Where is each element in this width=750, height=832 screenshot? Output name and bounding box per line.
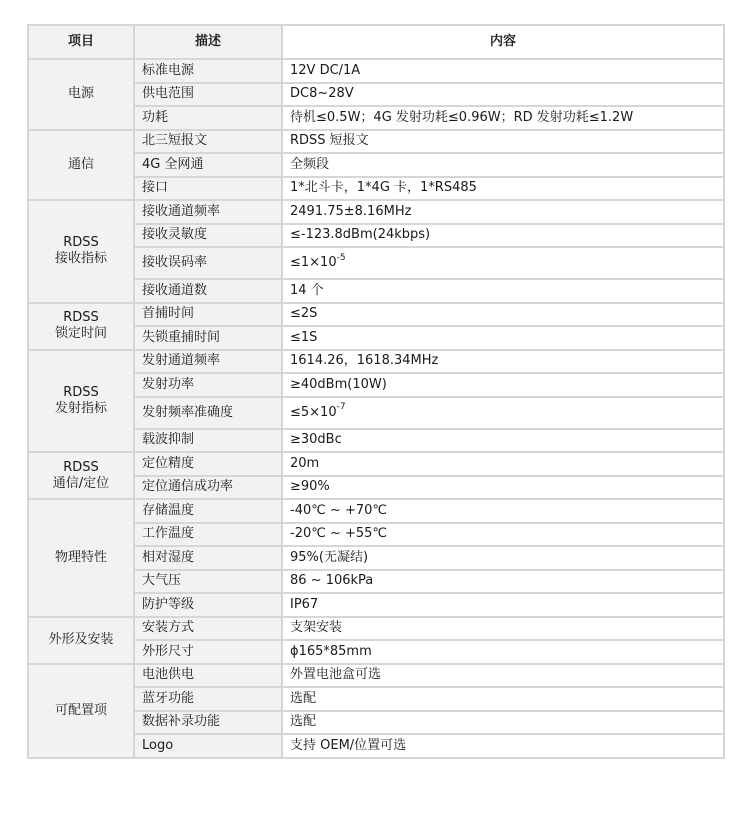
row-value-text: ≥30dBc (290, 432, 342, 447)
table-row: 物理特性存储温度-40℃ ~ +70℃ (28, 499, 724, 523)
row-value-text: DC8~28V (290, 86, 354, 101)
row-value: 待机≤0.5W；4G 发射功耗≤0.96W；RD 发射功耗≤1.2W (282, 106, 724, 130)
row-value-text: 选配 (290, 691, 316, 706)
row-value-text: IP67 (290, 597, 318, 612)
group-label: 物理特性 (28, 499, 134, 617)
table-row: 电源标准电源12V DC/1A (28, 59, 724, 83)
row-value: 外置电池盒可选 (282, 664, 724, 688)
row-value: 1*北斗卡，1*4G 卡，1*RS485 (282, 177, 724, 201)
row-description: 北三短报文 (134, 130, 282, 154)
row-value: IP67 (282, 593, 724, 617)
table-row: RDSS发射指标发射通道频率1614.26，1618.34MHz (28, 350, 724, 374)
row-description: 定位通信成功率 (134, 476, 282, 500)
row-value-text: ≤2S (290, 306, 317, 321)
row-value: 全频段 (282, 153, 724, 177)
row-description: 接收灵敏度 (134, 224, 282, 248)
row-description: 大气压 (134, 570, 282, 594)
row-description: 载波抑制 (134, 429, 282, 453)
row-value-text: 20m (290, 456, 319, 471)
group-label-line: 电源 (68, 86, 94, 101)
row-value-text: 全频段 (290, 157, 329, 172)
spec-table: 项目 描述 内容 电源标准电源12V DC/1A供电范围DC8~28V功耗待机≤… (27, 24, 725, 759)
row-description: 接收误码率 (134, 247, 282, 279)
group-label: RDSS通信/定位 (28, 452, 134, 499)
row-description: 相对湿度 (134, 546, 282, 570)
group-label: 电源 (28, 59, 134, 130)
table-row: RDSS锁定时间首捕时间≤2S (28, 303, 724, 327)
row-description: 发射通道频率 (134, 350, 282, 374)
row-description: 防护等级 (134, 593, 282, 617)
row-value: 1614.26，1618.34MHz (282, 350, 724, 374)
group-label: RDSS接收指标 (28, 200, 134, 303)
table-row: 可配置项电池供电外置电池盒可选 (28, 664, 724, 688)
row-description: 定位精度 (134, 452, 282, 476)
row-value: -40℃ ~ +70℃ (282, 499, 724, 523)
row-value: ≥40dBm(10W) (282, 373, 724, 397)
header-row: 项目 描述 内容 (28, 25, 724, 59)
table-row: RDSS接收指标接收通道频率2491.75±8.16MHz (28, 200, 724, 224)
row-value: 12V DC/1A (282, 59, 724, 83)
header-content: 内容 (282, 25, 724, 59)
row-value-text: ≤1×10 (290, 255, 337, 270)
row-value-text: ≤-123.8dBm(24kbps) (290, 227, 430, 242)
group-label-line: 锁定时间 (55, 326, 107, 341)
row-description: 工作温度 (134, 523, 282, 547)
exponent: -7 (337, 402, 346, 412)
row-value: 2491.75±8.16MHz (282, 200, 724, 224)
table-body: 电源标准电源12V DC/1A供电范围DC8~28V功耗待机≤0.5W；4G 发… (28, 59, 724, 758)
row-value-text: 95%(无凝结) (290, 550, 368, 565)
table-header: 项目 描述 内容 (28, 25, 724, 59)
group-label-line: RDSS (63, 235, 99, 250)
row-description: 接收通道数 (134, 279, 282, 303)
table-row: 外形及安装安装方式支架安装 (28, 617, 724, 641)
row-value: DC8~28V (282, 83, 724, 107)
group-label: 外形及安装 (28, 617, 134, 664)
row-description: 发射频率准确度 (134, 397, 282, 429)
row-description: 数据补录功能 (134, 711, 282, 735)
row-description: 外形尺寸 (134, 640, 282, 664)
row-value-text: 12V DC/1A (290, 63, 360, 78)
group-label-line: 通信/定位 (53, 476, 109, 491)
row-value: 选配 (282, 711, 724, 735)
row-description: 电池供电 (134, 664, 282, 688)
group-label-line: 发射指标 (55, 401, 107, 416)
row-description: 接口 (134, 177, 282, 201)
row-value: RDSS 短报文 (282, 130, 724, 154)
row-value: ≥30dBc (282, 429, 724, 453)
row-value: 20m (282, 452, 724, 476)
row-value-text: ≤5×10 (290, 405, 337, 420)
row-value: ≤5×10-7 (282, 397, 724, 429)
row-description: 首捕时间 (134, 303, 282, 327)
row-value-text: RDSS 短报文 (290, 133, 369, 148)
row-description: 失锁重捕时间 (134, 326, 282, 350)
row-value-text: ≥90% (290, 479, 330, 494)
group-label: RDSS锁定时间 (28, 303, 134, 350)
row-value-text: 1*北斗卡，1*4G 卡，1*RS485 (290, 180, 477, 195)
row-value-text: 86 ~ 106kPa (290, 573, 373, 588)
row-value-text: 选配 (290, 714, 316, 729)
group-label-line: 通信 (68, 157, 94, 172)
group-label: 可配置项 (28, 664, 134, 758)
group-label-line: RDSS (63, 460, 99, 475)
row-value: 支持 OEM/位置可选 (282, 734, 724, 758)
row-description: 接收通道频率 (134, 200, 282, 224)
row-description: 发射功率 (134, 373, 282, 397)
row-value: 95%(无凝结) (282, 546, 724, 570)
group-label-line: 接收指标 (55, 251, 107, 266)
row-value-text: ≤1S (290, 330, 317, 345)
group-label-line: RDSS (63, 385, 99, 400)
row-value-text: 外置电池盒可选 (290, 667, 381, 682)
group-label-line: 可配置项 (55, 703, 107, 718)
row-value-text: 支持 OEM/位置可选 (290, 738, 406, 753)
row-value: ≤1×10-5 (282, 247, 724, 279)
row-value: ≤1S (282, 326, 724, 350)
exponent: -5 (337, 253, 346, 263)
group-label-line: 物理特性 (55, 550, 107, 565)
row-value: 86 ~ 106kPa (282, 570, 724, 594)
row-value: -20℃ ~ +55℃ (282, 523, 724, 547)
row-description: 安装方式 (134, 617, 282, 641)
row-value: 选配 (282, 687, 724, 711)
group-label-line: RDSS (63, 310, 99, 325)
header-description: 描述 (134, 25, 282, 59)
row-value: 14 个 (282, 279, 724, 303)
row-description: Logo (134, 734, 282, 758)
row-value-text: 支架安装 (290, 620, 342, 635)
row-value: ≤2S (282, 303, 724, 327)
row-value: ≤-123.8dBm(24kbps) (282, 224, 724, 248)
row-description: 标准电源 (134, 59, 282, 83)
row-value: 支架安装 (282, 617, 724, 641)
group-label: RDSS发射指标 (28, 350, 134, 453)
row-value-text: ϕ165*85mm (290, 644, 372, 659)
header-item: 项目 (28, 25, 134, 59)
row-description: 蓝牙功能 (134, 687, 282, 711)
table-row: 通信北三短报文RDSS 短报文 (28, 130, 724, 154)
row-value-text: 待机≤0.5W；4G 发射功耗≤0.96W；RD 发射功耗≤1.2W (290, 110, 633, 125)
row-description: 4G 全网通 (134, 153, 282, 177)
row-description: 供电范围 (134, 83, 282, 107)
row-value-text: 14 个 (290, 283, 324, 298)
row-value-text: 1614.26，1618.34MHz (290, 353, 438, 368)
table-row: RDSS通信/定位定位精度20m (28, 452, 724, 476)
row-value-text: 2491.75±8.16MHz (290, 204, 411, 219)
row-value-text: ≥40dBm(10W) (290, 377, 387, 392)
row-value: ≥90% (282, 476, 724, 500)
row-description: 存储温度 (134, 499, 282, 523)
group-label: 通信 (28, 130, 134, 201)
row-value-text: -20℃ ~ +55℃ (290, 526, 387, 541)
group-label-line: 外形及安装 (48, 632, 113, 647)
row-description: 功耗 (134, 106, 282, 130)
row-value: ϕ165*85mm (282, 640, 724, 664)
row-value-text: -40℃ ~ +70℃ (290, 503, 387, 518)
